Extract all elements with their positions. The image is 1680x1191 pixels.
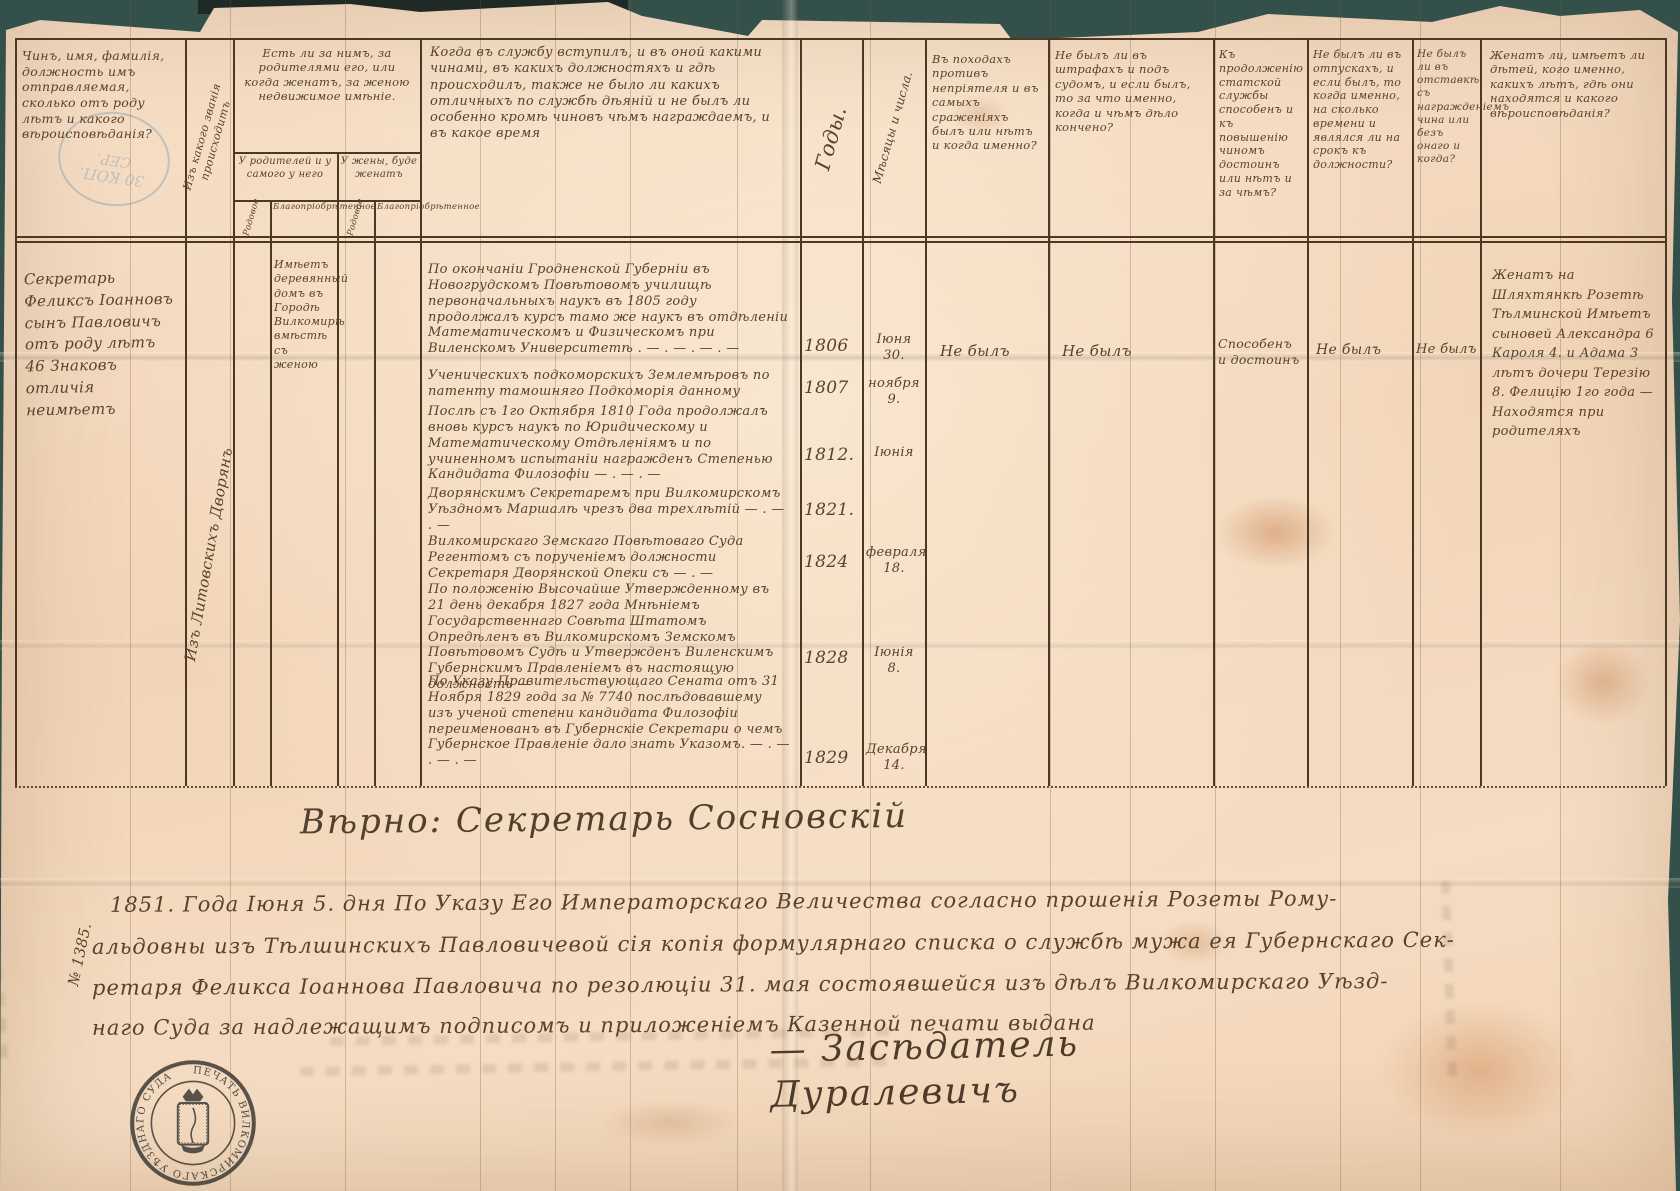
service-entry-year: 1806	[804, 336, 860, 357]
service-entry-year: 1824	[804, 552, 860, 573]
service-entry-date: ноября 9.	[866, 376, 922, 409]
service-entry-text: Послѣ съ 1го Октября 1810 Года продолжал…	[428, 404, 790, 483]
header-penalties-column: Не былъ ли въ штрафахъ и подъ судомъ, и …	[1055, 48, 1203, 134]
record-retirement: Не былъ	[1416, 342, 1478, 358]
record-estate: Имѣетъ деревянный домъ въ Городѣ Вилкоми…	[274, 258, 334, 372]
scanned-document-page: 30 КОП. СЕР. Чинъ, имя, фамилія, должнос…	[0, 0, 1680, 1191]
service-entry-year: 1829	[804, 748, 860, 769]
official-seal-icon: ПЕЧАТЬ ВИЛКОМИРСКАГО УѢЗДНАГО СУДА	[108, 1055, 278, 1191]
foxing-stain	[1380, 1000, 1580, 1140]
service-entry-text: По окончаніи Гродненской Губерніи въ Нов…	[428, 262, 790, 357]
header-campaigns-column: Въ походахъ противъ непріятеля и въ самы…	[932, 52, 1040, 153]
header-estate-own: У родителей и у самого у него	[237, 156, 333, 181]
header-family-column: Женатъ ли, имѣетъ ли дѣтей, кого именно,…	[1490, 48, 1658, 120]
record-penalties: Не былъ	[1062, 342, 1172, 361]
foxing-stain	[1215, 495, 1335, 570]
record-leaves: Не былъ	[1316, 342, 1406, 360]
service-entry-text: По Указу Правительствующаго Сената отъ 3…	[428, 674, 790, 769]
table-bottom-rule	[15, 786, 1665, 788]
service-entry-year: 1821.	[804, 500, 860, 521]
header-person-column: Чинъ, имя, фамилія, должность имъ отправ…	[22, 48, 174, 142]
header-retirement-column: Не былъ ли въ отставкѣ съ награжденіемъ …	[1417, 48, 1475, 166]
header-estate-blago1: Благопріобрѣтенное	[273, 203, 335, 213]
verified-line: Вѣрно: Секретарь Сосновскій	[300, 795, 940, 844]
foxing-stain	[600, 1100, 740, 1145]
header-service-column: Когда въ службу вступилъ, и въ оной каки…	[430, 45, 790, 143]
header-estate-title: Есть ли за нимъ, за родителями его, или …	[242, 46, 412, 104]
seal-text: ПЕЧАТЬ ВИЛКОМИРСКАГО УѢЗДНАГО СУДА	[135, 1065, 250, 1181]
record-campaigns: Не былъ	[940, 342, 1040, 361]
service-entry-text: Дворянскимъ Секретаремъ при Вилкомирском…	[428, 486, 790, 534]
header-estate-blago2: Благопріобрѣтенное	[377, 203, 419, 213]
service-entry-text: Ученическихъ подкоморскихъ Землемѣровъ п…	[428, 368, 790, 400]
service-entry-text: Вилкомирскаго Земскаго Повѣтоваго Суда Р…	[428, 534, 790, 582]
svg-text:ПЕЧАТЬ ВИЛКОМИРСКАГО УѢЗДНАГО: ПЕЧАТЬ ВИЛКОМИРСКАГО УѢЗДНАГО СУДА	[135, 1065, 250, 1181]
foxing-stain	[1555, 640, 1650, 725]
record-family: Женатъ на Шляхтянкѣ Розетѣ Тѣлминской Им…	[1492, 266, 1654, 442]
service-entry-date: Іюня 30.	[866, 332, 922, 365]
service-entry-year: 1807	[804, 378, 860, 399]
record-fitness: Способенъ и достоинъ	[1218, 336, 1302, 367]
service-entry-date: Декабря 14.	[866, 742, 922, 775]
service-entry-year: 1828	[804, 648, 860, 669]
service-entry-date: Іюнія 8.	[866, 645, 922, 678]
service-entry-date: февраля 18.	[866, 545, 922, 578]
service-entry-date: Іюнія	[866, 445, 922, 461]
header-leaves-column: Не былъ ли въ отпускахъ, и если былъ, то…	[1313, 48, 1403, 172]
header-estate-wife: У жены, буде женатъ	[340, 156, 418, 181]
service-entry-year: 1812.	[804, 445, 860, 466]
header-fitness-column: Къ продолженію статской службы способенъ…	[1219, 48, 1301, 199]
record-person: Секретарь Феликсъ Іоанновъ сынъ Павлович…	[24, 267, 179, 422]
